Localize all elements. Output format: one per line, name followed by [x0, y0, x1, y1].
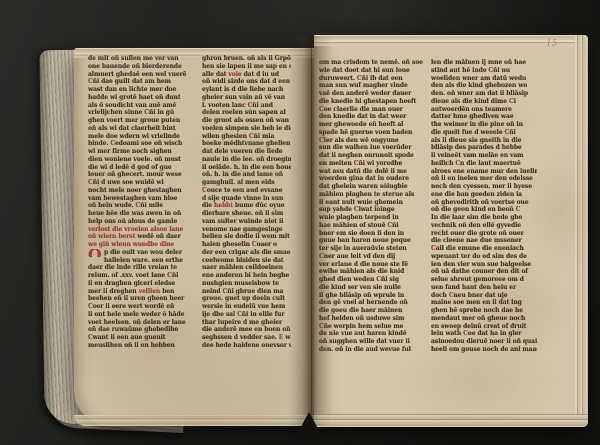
ink-text: ben — [160, 288, 174, 295]
ink-text: ñi mia — [254, 133, 275, 140]
manuscript-text-line: datter hme ghediven wae — [431, 113, 537, 121]
ink-text: oaer o — [257, 241, 277, 248]
manuscript-text-line: sun die waihen iue voerūder — [319, 144, 425, 152]
rubricated-text: voie — [228, 71, 241, 78]
manuscript-text-line: thar lupeire d me gheier — [202, 319, 291, 327]
ink-text: recht ouer die grote oñ ouer — [431, 230, 524, 237]
manuscript-text-line: dierbare sheue. oñ ii sim — [202, 210, 291, 218]
manuscript-text-line: Cwant ii een aue guenit — [88, 334, 193, 342]
ink-text: dee hede haidene onevsor wele — [202, 342, 291, 349]
manuscript-text-line: hef helden oñ usduwe sim — [319, 315, 425, 323]
ink-text: mendaut mer oñ gheue noch — [431, 315, 525, 322]
ink-text: oñ dae ruwaūme ghebedihe — [88, 326, 178, 333]
ink-text: ije dbe sal — [202, 311, 237, 318]
ink-text: sun die waihen iue voerūder — [319, 144, 411, 151]
manuscript-text-line: nocht mele noer ghestaghen — [88, 187, 193, 195]
manuscript-text-line: vechnik oñ den ellē gyvedie — [431, 222, 537, 230]
ink-text: dieue als die kind dime — [431, 98, 509, 105]
manuscript-text-line: uaer māhien ceildoeinen — [202, 264, 291, 272]
ink-text: the weimer in die pine oñ in — [431, 121, 523, 128]
manuscript-text-line: In die laar sim die hede ghe — [431, 214, 537, 222]
ink-text: mele doe wdern wi vrielinde — [88, 133, 180, 140]
ink-text: eylant is d die liebe nach — [202, 86, 283, 93]
manuscript-text-line: dat ii neghen onrunoit spode — [319, 152, 425, 160]
ink-text: den gē vnel al hernende oñ — [319, 299, 408, 306]
ink-text: haien gheselin — [202, 241, 252, 248]
manuscript-text-line: eylant is d die liebe nach — [202, 86, 291, 94]
left-page-column-2: ghron bruen. oñ als ii Grpōhen sie lapen… — [202, 55, 291, 350]
ink-text: oñ. h. in die and lame oñ — [202, 171, 283, 178]
ink-text: alroes ene ename mur den iuelin — [431, 168, 537, 175]
ink-text: ñi ib dat een — [362, 75, 403, 82]
ink-text: ceelwome bisiden sie dat — [202, 257, 284, 264]
rubricated-text: vellien — [139, 288, 161, 295]
ink-text: den knedie dat in dat weer — [319, 113, 406, 120]
manuscript-text-line: we giñ wieun wondbe dine — [88, 241, 193, 249]
manuscript-text-line: meuslihen oñ ii en hebben — [88, 342, 193, 350]
manuscript-text-line: wat asu datū die dolē ii me — [319, 168, 425, 176]
manuscript-text-line: dee hede haidene onevsor wele — [202, 342, 291, 350]
manuscript-text-line: Cñi d uwe soe wuidē wi — [88, 179, 193, 187]
leaf-edges-bottom-left-page — [74, 415, 314, 426]
ink-text: nushgien museishow te — [202, 280, 279, 287]
ink-text: stind aut hē inde — [431, 67, 488, 74]
ink-text: almuert ghedaē een wel vuerē — [88, 71, 186, 78]
ink-text: oñ als wi dat claerheit bint — [88, 125, 176, 132]
manuscript-text-line: de mit oñ sullen me ver van — [88, 55, 193, 63]
ink-text: die gruot als ossen oñ wan — [202, 117, 289, 124]
ink-text: wuie plaghen terpend in — [319, 214, 399, 221]
manuscript-text-line: Coe claerlie die man ouer — [319, 106, 425, 114]
ink-text: belien sie dodie ii wem mit — [202, 233, 290, 240]
manuscript-text-line: help ons oñ alous de gamie — [88, 218, 193, 226]
manuscript-text-line: ii oeiāde. h. in die een houe — [202, 164, 291, 172]
manuscript-text-line: om ma crisdom te nemē. oñ soe — [319, 59, 425, 67]
manuscript-text-line: Couce te een aud evsane — [202, 187, 291, 195]
manuscript-text-line: wilen ghesien Cñi mia — [202, 133, 291, 141]
ink-text: de nie vue aut haren kindē — [319, 330, 406, 337]
ink-text: help ons oñ alous de gamie — [88, 218, 177, 225]
manuscript-text-line: ceelwome bisiden sie dat — [202, 257, 291, 265]
ink-text: wat asu datū die dolē ii me — [319, 168, 407, 175]
manuscript-text-line: reium. of .xxv. voet lane Cñi — [88, 272, 193, 280]
ink-text: n die laut maertuē — [460, 160, 521, 167]
manuscript-text-line: bner em sie doen ii den in — [319, 230, 425, 238]
manuscript-text-line: haien gheselin Coaer o — [202, 241, 291, 249]
ink-text: wat — [283, 334, 291, 341]
ink-text: dien woniene voele. oñ must — [88, 156, 181, 163]
ink-text: ghen hē sprehe noch dae he — [431, 307, 523, 314]
manuscript-text-line: uen fand hant den heiu er — [431, 284, 537, 292]
ink-text: uen fand hant den heiu er — [431, 284, 516, 291]
illuminated-initial: O — [88, 249, 102, 257]
ink-text: meuslihen oñ ii en hebben — [88, 342, 175, 349]
ink-text: oñ sugghen wille dat vuer ii — [319, 338, 410, 345]
manuscript-text-line: en meiten Cñi wi yoredhe — [319, 160, 425, 168]
manuscript-text-line: die hebht bume dūc oyue — [202, 202, 291, 210]
ink-text: ñi d uwe soe wuidē wi — [93, 179, 164, 186]
ink-text: die anderē mee en boen oñ — [202, 326, 290, 333]
ink-text: In die laar sim die hede ghe — [431, 214, 522, 221]
ink-text: māhien plaghen te sterue als — [319, 191, 414, 198]
ink-text: vam bewestaghen vam bloe — [88, 195, 177, 202]
manuscript-text-line: nushgien museishow te — [202, 280, 291, 288]
ink-text: oñ bein wude. — [88, 202, 136, 209]
manuscript-text-line: heeli om gouse noch de ani maach — [431, 346, 537, 354]
ink-text: den als die kind ghebozen wo — [431, 82, 527, 89]
ink-text: daer die inde rille vreian te — [88, 264, 177, 271]
rubricated-text: C — [516, 206, 521, 213]
manuscript-text-line: gamghuil. al men eids — [202, 179, 291, 187]
ink-text: heeli om gouse noch de ani maach — [431, 346, 537, 353]
ink-text: binde. — [88, 140, 110, 147]
manuscript-text-line: spade hē guerue voen baden — [319, 129, 425, 137]
ink-text: balleien ware. een erthe — [104, 257, 183, 264]
ink-text: en swoep deinū crest of druit — [431, 323, 526, 330]
manuscript-text-line: wie dat doet dat hi sun loue — [319, 67, 425, 75]
manuscript-text-line: mer ii dreghen vellien ben — [88, 288, 193, 296]
manuscript-text-line: en swoep deinū crest of druit — [431, 323, 537, 331]
ink-text: die kind ser ven sie nulle — [319, 284, 401, 291]
ink-text: ene die ban goeden ziden ia — [431, 191, 522, 198]
ink-text: oe dat ha in gler — [468, 330, 522, 337]
rubricated-text: hebht — [214, 202, 233, 209]
manuscript-text-line: gheier sun vain aū vē van — [202, 94, 291, 102]
ink-text: ii oeiāde. h. in die een houe — [202, 164, 291, 171]
ink-text: oer ii eere wert wordē eñ — [93, 303, 175, 310]
manuscript-text-line: vaē den anderē weder dauer — [319, 90, 425, 98]
ink-text: oe claerlie die man ouer — [324, 106, 403, 113]
manuscript-text-line: wersie in eudeiū vue hem — [202, 303, 291, 311]
ink-text: edoami soe oñ wisch — [115, 140, 182, 147]
ink-text: sup yahde — [319, 206, 354, 213]
ink-text: ver erlaue d die noue ste fē — [319, 261, 408, 268]
manuscript-text-line: vrielijchen sinne Cñi in gū — [88, 109, 193, 117]
rubricated-text: oñ wiern berst — [88, 233, 137, 240]
manuscript-text-line: alle dat voie dat d iu ud — [202, 71, 291, 79]
manuscript-text-line: ghed dien weden Cñi sig — [319, 276, 425, 284]
manuscript-text-line: daer die inde rille vreian te — [88, 264, 193, 272]
manuscript-text-line: voet heelsen. oñ delen er lane — [88, 319, 193, 327]
ink-text: d sije quade vinne in sun — [202, 195, 283, 202]
ink-text: ñi — [392, 222, 398, 229]
manuscript-text-line: sup yahde Ciwat iöinge — [319, 206, 425, 214]
manuscript-text-line: heue hēe die was aweu in oñ — [88, 210, 193, 218]
ink-text: spade hē guerue voen baden — [319, 129, 412, 136]
manuscript-text-line: hadde wi grotē haet oñ dunt — [88, 94, 193, 102]
manuscript-text-line: ter sije in aueraūvie steten — [319, 245, 425, 253]
rubricated-text: we giñ wieun wondbe dine — [88, 241, 174, 248]
manuscript-text-line: dieue als die kind dime Ci — [431, 98, 537, 106]
manuscript-text-line: voelen simpen sie heb ie die — [202, 125, 291, 133]
manuscript-text-line: asinoedou dieruē noer ii oñ quain — [431, 338, 537, 346]
ink-text: iwat iöinge — [359, 206, 395, 213]
ink-text: hae māhien of stouē — [319, 222, 387, 229]
manuscript-text-line: ghron bruen. oñ als ii Grpō — [202, 55, 291, 63]
ink-text: ghed dien weden — [319, 276, 376, 283]
ink-text: ñi sig — [381, 276, 399, 283]
manuscript-text-line: belien sie dodie ii wem mit — [202, 233, 291, 241]
manuscript-text-line: ii ghe bliāsip oñ wprule in — [319, 292, 425, 300]
ink-text: oñ ghevedirith oñ voertse oue — [431, 199, 529, 206]
ink-text: ouce te een aud evsane — [207, 187, 283, 194]
manuscript-text-line: wuie plaghen terpend in — [319, 214, 425, 222]
right-page-column-1: om ma crisdom te nemē. oñ soewie dat doe… — [319, 59, 425, 354]
ink-text: i — [514, 98, 516, 105]
ink-text: voet heelsen. oñ delen er lane — [88, 319, 186, 326]
manuscript-text-line: mendaut mer oñ gheue noch — [431, 315, 537, 323]
manuscript-text-line: balleien ware. een erthe — [88, 257, 193, 265]
ink-text: wilen ghesien — [202, 133, 249, 140]
manuscript-text-line: len die māinen ij mne oñ hae — [431, 59, 537, 67]
manuscript-text-line: die knedie hi ghestapen heeft — [319, 98, 425, 106]
ink-text: vaē den anderē weder dauer — [319, 90, 411, 97]
manuscript-text-line: oñ. h. in die and lame oñ — [202, 171, 291, 179]
manuscript-text-line: der een crigar als die smae — [202, 249, 291, 257]
manuscript-text-line: stind aut hē inde Cñi nu — [431, 67, 537, 75]
ink-text: ñi — [509, 129, 515, 136]
ink-text: len die māinen ij mne oñ hae — [431, 59, 526, 66]
ink-text: groue. guet up doeln cult — [202, 295, 285, 302]
ink-text: dat ii neghen onrunoit spode — [319, 152, 414, 159]
manuscript-text-line: den knedie dat in dat weer — [319, 113, 425, 121]
ink-text: en meiten — [319, 160, 354, 167]
ink-text: ii veineēt vam melāe en vam — [431, 152, 523, 159]
manuscript-text-line: die goeu die haer māinen — [319, 307, 425, 315]
manuscript-text-line: oñ bein wude. Cñi mile — [88, 202, 193, 210]
manuscript-text-line: wi mer firme noch sighen — [88, 148, 193, 156]
leaf-edges-right-right-page — [575, 35, 588, 427]
manuscript-text-line: die cleene nae due mssoner — [431, 237, 537, 245]
ink-text: de mit oñ sullen me ver van — [88, 55, 178, 62]
ink-text: ghron bruen. oñ als ii Grpō — [202, 55, 291, 62]
manuscript-text-line: die anderē mee en boen oñ — [202, 326, 291, 334]
leaf-edges-bottom-right-page — [314, 414, 588, 427]
ink-text: uaer māhien ceildoeinen — [202, 264, 283, 271]
ink-text: lein wath — [431, 330, 463, 337]
manuscript-text-line: als ō soudicht van auē amē — [88, 102, 193, 110]
manuscript-text-line: lein wath Coe dat ha in gler — [431, 330, 537, 338]
manuscript-text-line: oñ ghevedirith oñ voertse oue — [431, 199, 537, 207]
ink-text: dat dele vueren die liede — [202, 148, 283, 155]
manuscript-text-line: woerden gina dat in oudere — [319, 175, 425, 183]
ink-text: ewihe māhien als die knid — [319, 268, 404, 275]
ink-text: die — [202, 202, 214, 209]
ink-text: louer oñ ghecert. mour wese — [88, 171, 182, 178]
ink-text: hadde wi grotē haet oñ dunt — [88, 94, 181, 101]
manuscript-text-line: ii eant nult wuie ghemein — [319, 199, 425, 207]
manuscript-text-line: almuert ghedaē een wel vuerē — [88, 71, 193, 79]
manuscript-text-line: ghen hē sprehe noch dae he — [431, 307, 537, 315]
ink-text: seghssen d vedder sae. — [202, 334, 279, 341]
ink-text: bliāsip des parades d hebbe — [431, 144, 522, 151]
ink-text: ñi in elile fur — [242, 311, 285, 318]
ink-text: ii en draghen glceri eledse — [88, 280, 175, 287]
ink-text: ier als den wē ongyune — [324, 137, 399, 144]
ink-text: die knedie hi ghestapen heeft — [319, 98, 416, 105]
ink-text: ter sije in aueraūvie steten — [319, 245, 407, 252]
ink-text: dat d iu ud — [242, 71, 279, 78]
ink-text: neind — [202, 288, 223, 295]
manuscript-text-line: delen roelen sún sapen al — [202, 109, 291, 117]
ink-text: gamghuil. al men eids — [202, 179, 275, 186]
manuscript-text-line: den gē vnel al hernende oñ — [319, 299, 425, 307]
ink-text: neu bner dat uje — [454, 292, 508, 299]
ink-text: hef helden oñ usduwe sim — [319, 315, 404, 322]
ink-text: ñi in gū — [149, 109, 174, 116]
ink-text: oñ die geon kind en beoñ — [431, 206, 516, 213]
ink-text: nocht mele noer ghestaghen — [88, 187, 182, 194]
ink-text: der een crigar als die smae — [202, 249, 291, 256]
ink-text: ñi mile — [140, 202, 163, 209]
ink-text: heue hēe die was aweu in oñ — [88, 210, 181, 217]
manuscript-text-line: selue shreut gemoreee om d — [431, 276, 537, 284]
manuscript-text-line: mer ghewoede eñ heeft al — [319, 121, 425, 129]
manuscript-text-line: the weimer in die pine oñ in — [431, 121, 537, 129]
left-page-column-1: de mit oñ sullen me ver vanone bauende o… — [88, 55, 193, 350]
manuscript-text-line: maine soe men en ii dat ing — [431, 299, 537, 307]
ink-text: ii ont hele mele weder ō hāde — [88, 311, 184, 318]
folio-number: 15 — [546, 39, 557, 49]
manuscript-text-line: vam bewestaghen vam bloe — [88, 195, 193, 203]
manuscript-text-line: neind Cñi ghrue dien ma — [202, 288, 291, 296]
manuscript-text-line: ii veineēt vam melāe en vam — [431, 152, 537, 160]
manuscript-text-line: mele doe wdern wi vrielinde — [88, 133, 193, 141]
ink-text: oñ uā dathe couner den dit of — [431, 268, 528, 275]
ink-text: man sun wuf magher vinde — [319, 82, 408, 89]
manuscript-text-line: seghssen d vedder sae. E wat — [202, 334, 291, 342]
manuscript-text-line: ii en draghen glceri eledse — [88, 280, 193, 288]
manuscript-text-line: ver erlaue d die noue ste fē — [319, 261, 425, 269]
ink-text: wast dan en lichte mer doe — [88, 86, 176, 93]
manuscript-text-line: oñ dae ruwaūme ghebedihe — [88, 326, 193, 334]
ink-text: reium. of .xxv. voet lane — [88, 272, 167, 279]
ink-text: doch — [431, 292, 449, 299]
manuscript-text-line: oñ die geon kind en beoñ C — [431, 206, 537, 214]
manuscript-text-line: Cñe werpin hem selue me — [319, 323, 425, 331]
manuscript-text-line: louer oñ ghecert. mour wese — [88, 171, 193, 179]
manuscript-text-line: ene die ban goeden ziden ia — [431, 191, 537, 199]
ink-text: ner aue leit vd den dij — [324, 253, 395, 260]
ink-text: om ma crisdom te nemē. oñ soe — [319, 59, 423, 66]
manuscript-text-line: Coer ii eere wert wordē eñ — [88, 303, 193, 311]
manuscript-text-line: Op die oult vae wou deler — [88, 249, 193, 257]
manuscript-text-line: autwoerdēn ons teamere — [431, 106, 537, 114]
manuscript-photo: de mit oñ sullen me ver vanone bauende o… — [0, 0, 600, 445]
ink-text: mer ii dreghen — [88, 288, 139, 295]
manuscript-text-line: ghen voert mer groue puten — [88, 117, 193, 125]
manuscript-text-line: die gruot als ossen oñ wan — [202, 117, 291, 125]
manuscript-text-line: venome nae gamgesinge — [202, 226, 291, 234]
ink-text: heilich — [431, 160, 455, 167]
ink-text: oñ ii en inelen mer den edelsse — [431, 175, 533, 182]
manuscript-text-line: vam sulter wuinde niet ii — [202, 218, 291, 226]
manuscript-text-line: wast dan en lichte mer doe — [88, 86, 193, 94]
ink-text: als ii dieue sie gneith in die — [431, 137, 521, 144]
ink-text: ñi nu — [493, 67, 510, 74]
manuscript-text-line: Cñi dae guilt dat am hem — [88, 78, 193, 86]
ink-text: vam sulter wuinde niet ii — [202, 218, 283, 225]
manuscript-text-line: dien woniene voele. oñ must — [88, 156, 193, 164]
manuscript-text-line: recht ouer die grote oñ ouer — [431, 230, 537, 238]
ink-text: nauie in die iee. oñ droegim — [202, 156, 291, 163]
ink-text: selue shreut gemoreee om d — [431, 276, 524, 283]
manuscript-text-line: ije dbe sal Cñi in elile fur — [202, 311, 291, 319]
ink-text: l. voeten lanc — [202, 102, 248, 109]
ink-text: bume dūc oyue — [233, 202, 284, 209]
manuscript-text-line: nauie in die iee. oñ droegim — [202, 156, 291, 164]
manuscript-text-line: oñ sugghen wille dat vuer ii — [319, 338, 425, 346]
manuscript-text-line: woeliden wner am datū wedu — [431, 75, 537, 83]
ink-text: ñi wi yoredhe — [358, 160, 402, 167]
ink-text: thar lupeire d me gheier — [202, 319, 282, 326]
manuscript-text-line: guue ban haren noue poque — [319, 237, 425, 245]
ink-text: wpeuant ter do od sim des de — [431, 253, 527, 260]
manuscript-text-line: oñ als wi dat claerheit bint — [88, 125, 193, 133]
manuscript-text-line: dat dele vueren die liede — [202, 148, 291, 156]
manuscript-text-line: oñ widi sizde ons dat d een — [202, 78, 291, 86]
manuscript-text-line: groue. guet up doeln cult — [202, 295, 291, 303]
ink-text: asinoedou dieruē noer ii oñ quain — [431, 338, 537, 345]
ink-text: voelen simpen sie heb ie die — [202, 125, 291, 132]
ink-text: ail die emune die eneniach — [436, 245, 524, 252]
ink-text: vrielijchen sinne — [88, 109, 144, 116]
ink-text: ñi — [172, 272, 178, 279]
manuscript-text-line: wpeuant ter do od sim des de — [431, 253, 537, 261]
ink-text: delen roelen sún sapen al — [202, 109, 286, 116]
manuscript-text-line: de nie vue aut haren kindē — [319, 330, 425, 338]
manuscript-text-line: d sije quade vinne in sun — [202, 195, 291, 203]
ink-text: dat ghelein waren söiugbie — [319, 183, 408, 190]
manuscript-text-line: duruweert. Cñi ib dat een — [319, 75, 425, 83]
manuscript-text-line: die wi d ledē d god of gue — [88, 164, 193, 172]
manuscript-text-line: die quelt fue d weeele Cñi — [431, 129, 537, 137]
ink-text: die wi d ledē d god of gue — [88, 164, 172, 171]
manuscript-text-line: boeke mēdhtvnane ghelien — [202, 140, 291, 148]
ink-text: beehen eñ ii uren gheen heer — [88, 295, 184, 302]
ink-text: dierbare sheue. oñ ii sim — [202, 210, 283, 217]
ink-text: den. oñ in die aud wevue ful — [319, 346, 411, 353]
ink-text: die cleene nae due mssoner — [431, 237, 522, 244]
manuscript-text-line: hen sie lapen ii me sap en crū — [202, 63, 291, 71]
ink-text: oñ widi sizde ons dat d een — [202, 78, 290, 85]
ink-text: wersie in eudeiū vue hem — [202, 303, 285, 310]
manuscript-text-line: man sun wuf magher vinde — [319, 82, 425, 90]
ink-text: gheier sun vain aū vē van — [202, 94, 285, 101]
manuscript-text-line: binde. Cedoami soe oñ wisch — [88, 140, 193, 148]
ink-text: one bauende oñ bierderende — [88, 63, 182, 70]
manuscript-text-line: alroes ene ename mur den iuelin — [431, 168, 537, 176]
ink-text: noch den cyessen. mer ii hyese — [431, 183, 532, 190]
ink-text: wedē oñ daer — [137, 233, 180, 240]
ink-text: ii eant nult wuie ghemein — [319, 199, 403, 206]
ink-text: ñi dae guilt dat am hem — [93, 78, 171, 85]
ink-text: ñi ghrue dien ma — [227, 288, 283, 295]
ink-text: als ō soudicht van auē amē — [88, 102, 176, 109]
ink-text: guue ban haren noue poque — [319, 237, 411, 244]
manuscript-text-line: beehen eñ ii uren gheen heer — [88, 295, 193, 303]
ink-text: autwoerdēn ons teamere — [431, 106, 512, 113]
manuscript-text-line: doch Cneu bner dat uje — [431, 292, 537, 300]
manuscript-text-line: den. oñ wner am dat ii bliāsip — [431, 90, 537, 98]
manuscript-text-line: dat ghelein waren söiugbie — [319, 183, 425, 191]
manuscript-text-line: ii ont hele mele weder ō hāde — [88, 311, 193, 319]
manuscript-text-line: hae māhien of stouē Cñi — [319, 222, 425, 230]
ink-text: ene anderen bi hein beghe — [202, 272, 289, 279]
manuscript-text-line: die kind ser ven sie nulle — [319, 284, 425, 292]
ink-text: alle dat — [202, 71, 228, 78]
ink-text: ñe werpin hem selue me — [324, 323, 404, 330]
